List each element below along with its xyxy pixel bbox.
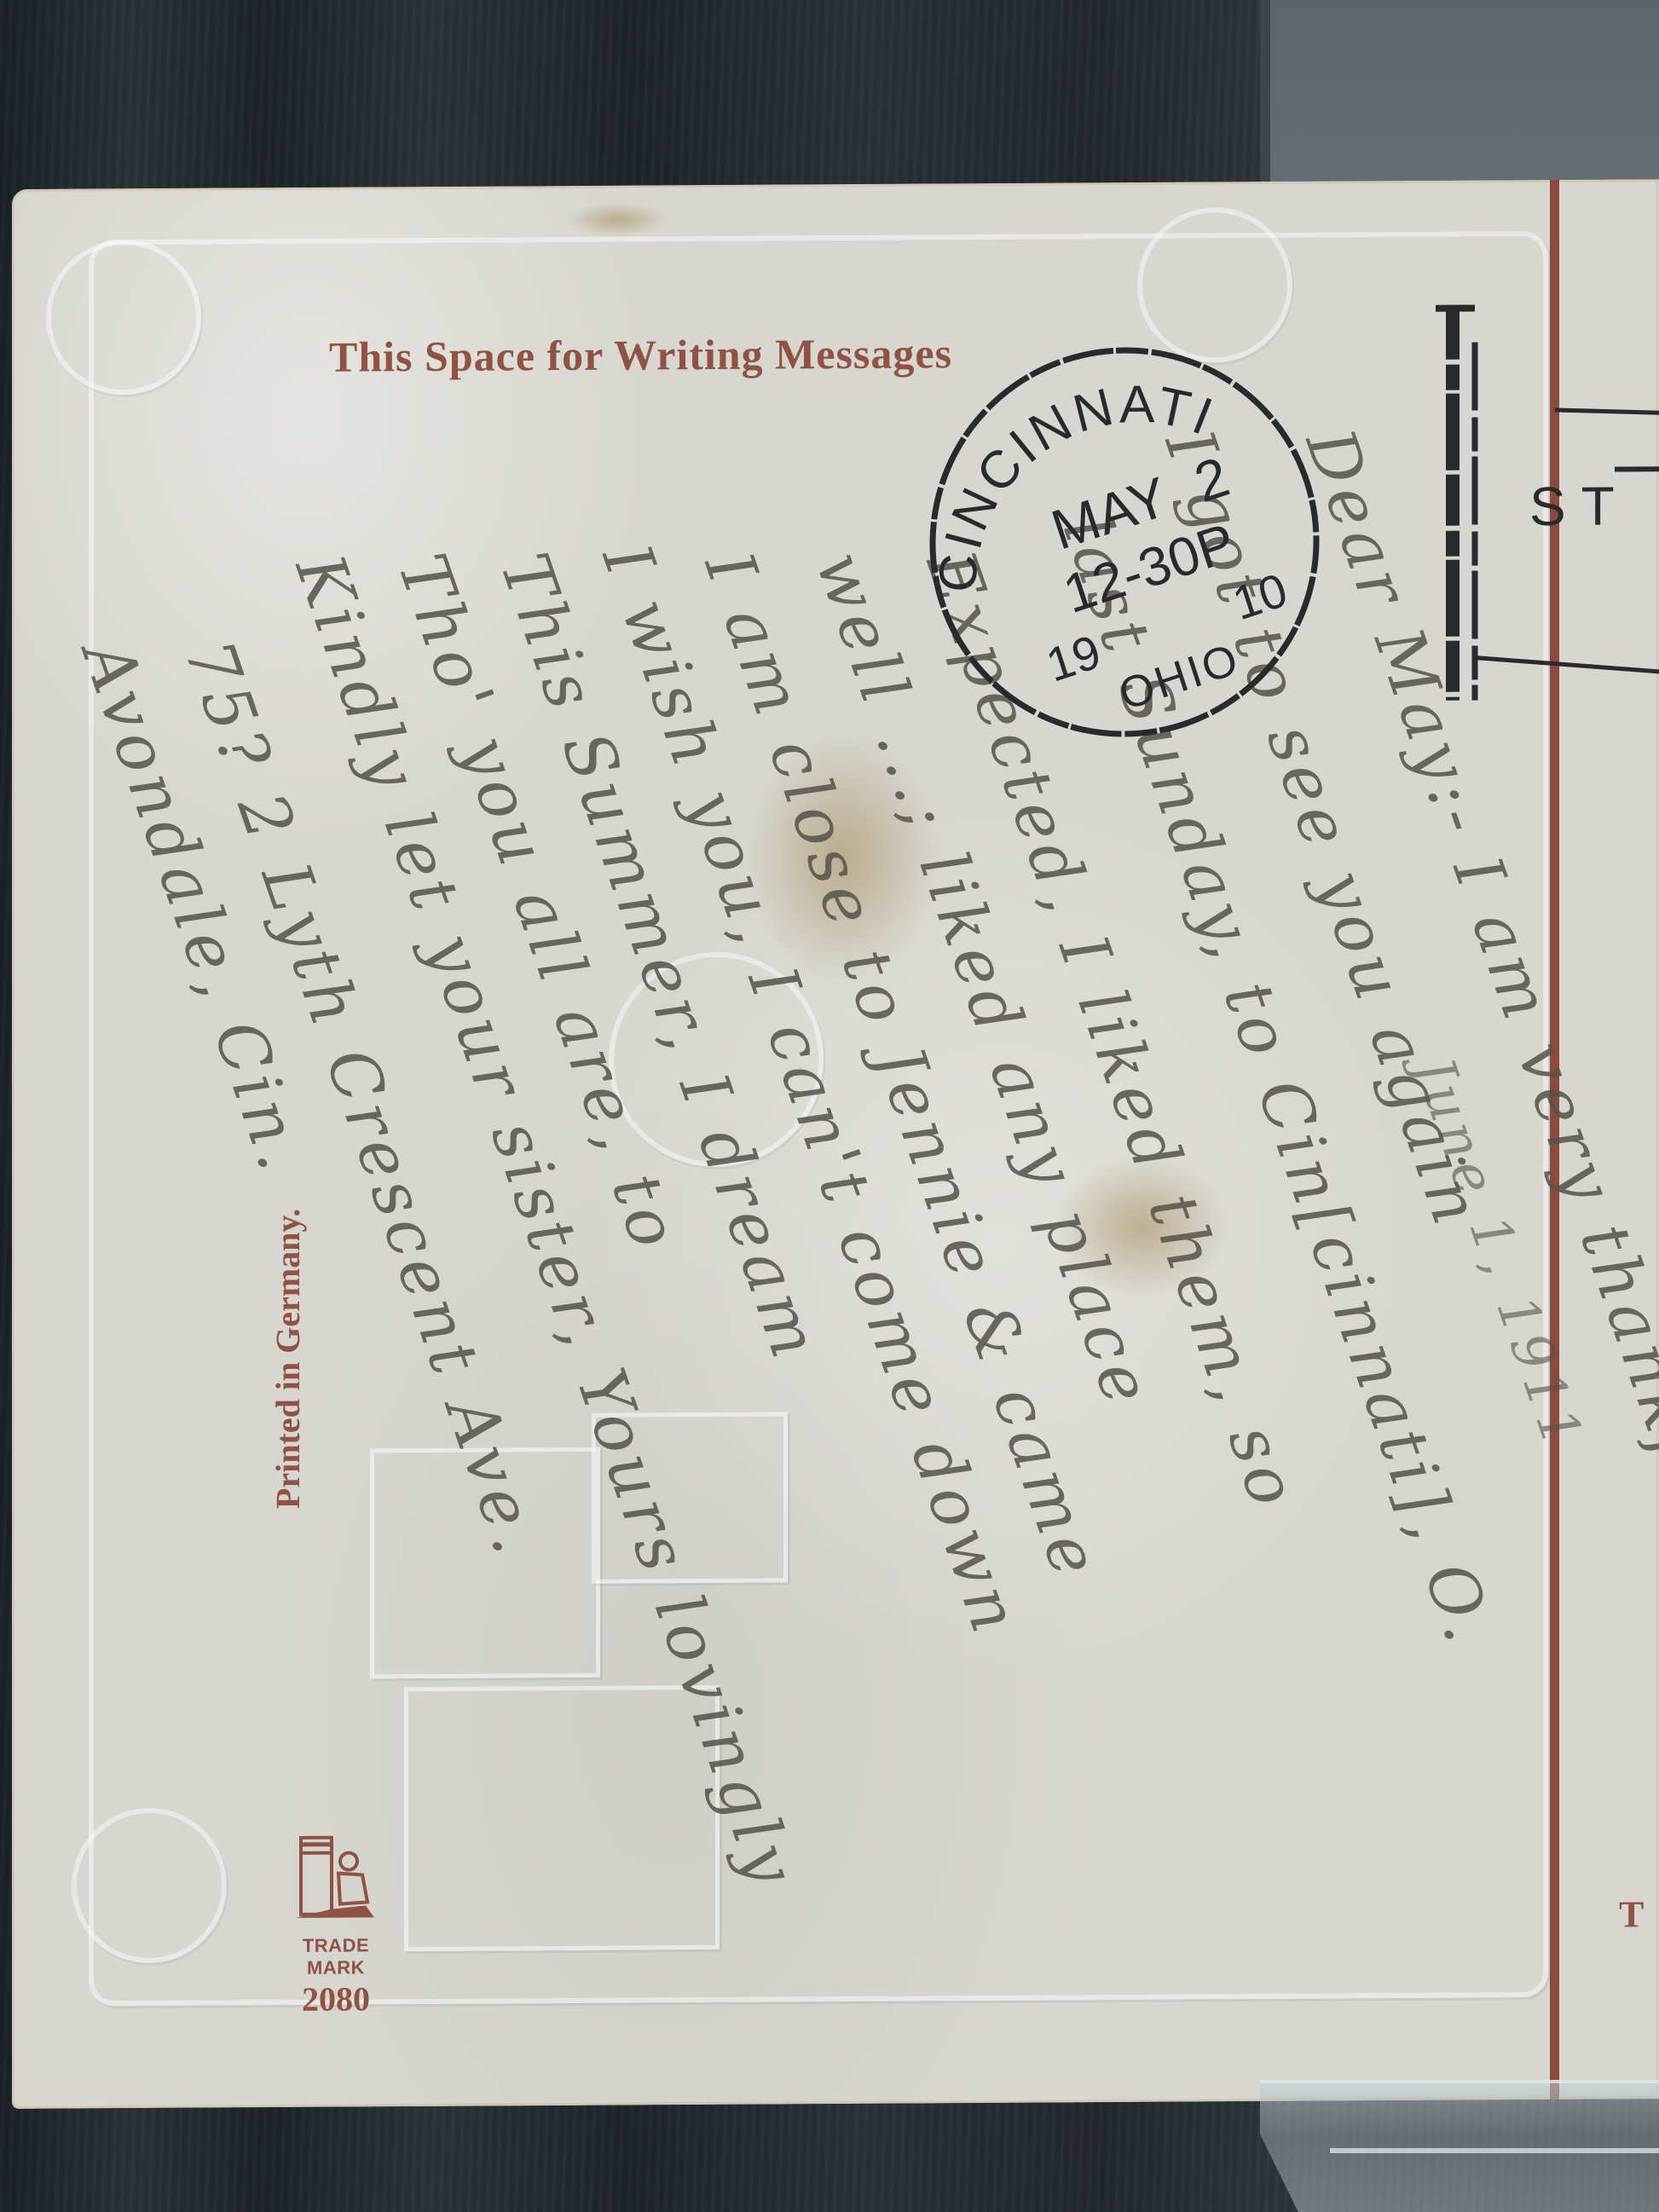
stamp-cancellation: ST bbox=[1427, 298, 1659, 709]
acrylic-stand-edge bbox=[1330, 2148, 1659, 2153]
handwriting-line: Avondale, Cin. bbox=[67, 632, 321, 1184]
trademark-label: TRADE MARK bbox=[276, 1934, 396, 1979]
age-stain bbox=[745, 729, 941, 985]
embossed-flower bbox=[609, 951, 824, 1168]
address-side-text-fragment: T bbox=[1619, 1892, 1644, 1936]
handwriting-line: June 1, 1911 bbox=[1402, 1050, 1595, 1459]
age-stain bbox=[566, 202, 668, 237]
postmark-cincinnati: CINCINNATI MAY 2 12-30P 19 10 OHIO bbox=[860, 293, 1363, 740]
handwritten-message: Dear May:- I am very thankful I got to s… bbox=[12, 179, 1659, 2109]
postmark-year-right: 10 bbox=[1227, 563, 1294, 630]
card-number: 2080 bbox=[276, 1978, 396, 2019]
embossed-flower bbox=[72, 1807, 227, 1963]
postcard: This Space for Writing Messages Printed … bbox=[12, 179, 1659, 2109]
embossed-panel bbox=[592, 1412, 788, 1583]
embossed-flower bbox=[46, 240, 201, 396]
postmark-day: 2 bbox=[1187, 444, 1236, 514]
postmark-year-left: 19 bbox=[1040, 624, 1107, 691]
printed-in-germany-label: Printed in Germany. bbox=[268, 1209, 308, 1510]
trademark: TRADE MARK 2080 bbox=[276, 1832, 396, 2019]
age-stain bbox=[1052, 1153, 1231, 1299]
display-backdrop bbox=[1260, 0, 1659, 189]
handwriting-line: 75? 2 Lyth Crescent Ave. bbox=[170, 631, 557, 1568]
trademark-logo-icon bbox=[289, 1832, 383, 1935]
handwriting-line: Tho' you all are, to bbox=[383, 545, 694, 1262]
embossed-panel bbox=[404, 1685, 720, 1951]
cancel-text-fragment: ST bbox=[1529, 475, 1630, 537]
embossed-panel bbox=[370, 1447, 600, 1679]
message-space-heading: This Space for Writing Messages bbox=[329, 328, 952, 381]
acrylic-display-stand bbox=[1260, 2080, 1659, 2212]
